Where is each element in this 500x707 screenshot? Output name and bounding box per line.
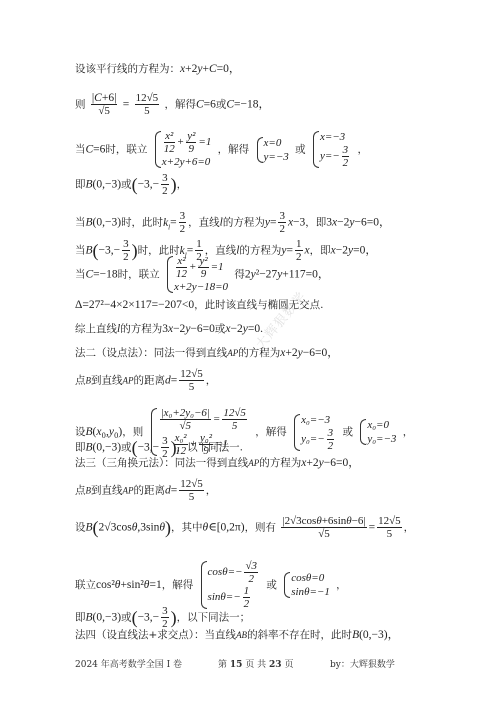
footer-page-number: 第 15 页 共 23 页 bbox=[218, 657, 293, 670]
watermark: 大辉狠数学 bbox=[250, 287, 310, 353]
footer-page-mid: 页 共 bbox=[245, 660, 266, 670]
line-method-4-heading: 法四（设直线法+求交点）：当直线AB的斜率不存在时，此时B(0,−3)， bbox=[75, 628, 399, 642]
line-case-c-18: 当C=−18时，联立 x²12+y²9=1 x+2y−18=0 得2y²−27y… bbox=[75, 255, 329, 294]
line-solve-c: 则 |C+6|√5 = 12√55 ，解得C=6或C=−18， bbox=[75, 92, 270, 117]
line-method-2-heading: 法二（设点法）：同法一得到直线AP的方程为x+2y−6=0， bbox=[75, 346, 339, 360]
line-trig-solve: 联立cos²θ+sin²θ=1，解得 cosθ=−√32 sinθ=−12 或 … bbox=[75, 560, 347, 610]
line-parallel-equation: 设该平行线的方程为：x+2y+C=0， bbox=[75, 62, 240, 76]
line-conclusion: 综上直线l的方程为3x−2y−6=0或x−2y=0. bbox=[75, 322, 263, 336]
footer-page-suffix: 页 bbox=[284, 660, 293, 670]
line-case-b1: 当B(0,−3)时，此时kl=32，直线l的方程为y=32x−3，即3x−2y−… bbox=[75, 210, 391, 235]
footer-total-pages: 23 bbox=[269, 660, 282, 670]
line-set-b-theta: 设B(2√3cosθ,3sinθ)，其中θ∈[0,2π)，则有 |2√3cosθ… bbox=[75, 515, 414, 540]
footer-page-prefix: 第 bbox=[218, 660, 227, 670]
line-b-points: 即B(0,−3)或(−3,−32)， bbox=[75, 172, 187, 197]
line-distance-d-1: 点B到直线AP的距离d=12√55， bbox=[75, 368, 216, 393]
footer-exam-title: 2024 年高考数学全国 I 卷 bbox=[75, 657, 182, 670]
line-method-3-result: 即B(0,−3)或(−3,−32)，以下同法一； bbox=[75, 605, 250, 630]
line-method-3-heading: 法三（三角换元法）：同法一得到直线AP的方程为x+2y−6=0， bbox=[75, 456, 360, 470]
footer-author: by：大辉狠数学 bbox=[330, 657, 395, 670]
line-case-c6: 当C=6时，联立 x²12+y²9=1 x+2y+6=0 ，解得 x=0y=−3… bbox=[75, 130, 368, 169]
line-discriminant: Δ=27²−4×2×117=−207<0，此时该直线与椭圆无交点. bbox=[75, 298, 323, 312]
line-distance-d-2: 点B到直线AP的距离d=12√55， bbox=[75, 478, 216, 503]
footer-current-page: 15 bbox=[230, 660, 243, 670]
